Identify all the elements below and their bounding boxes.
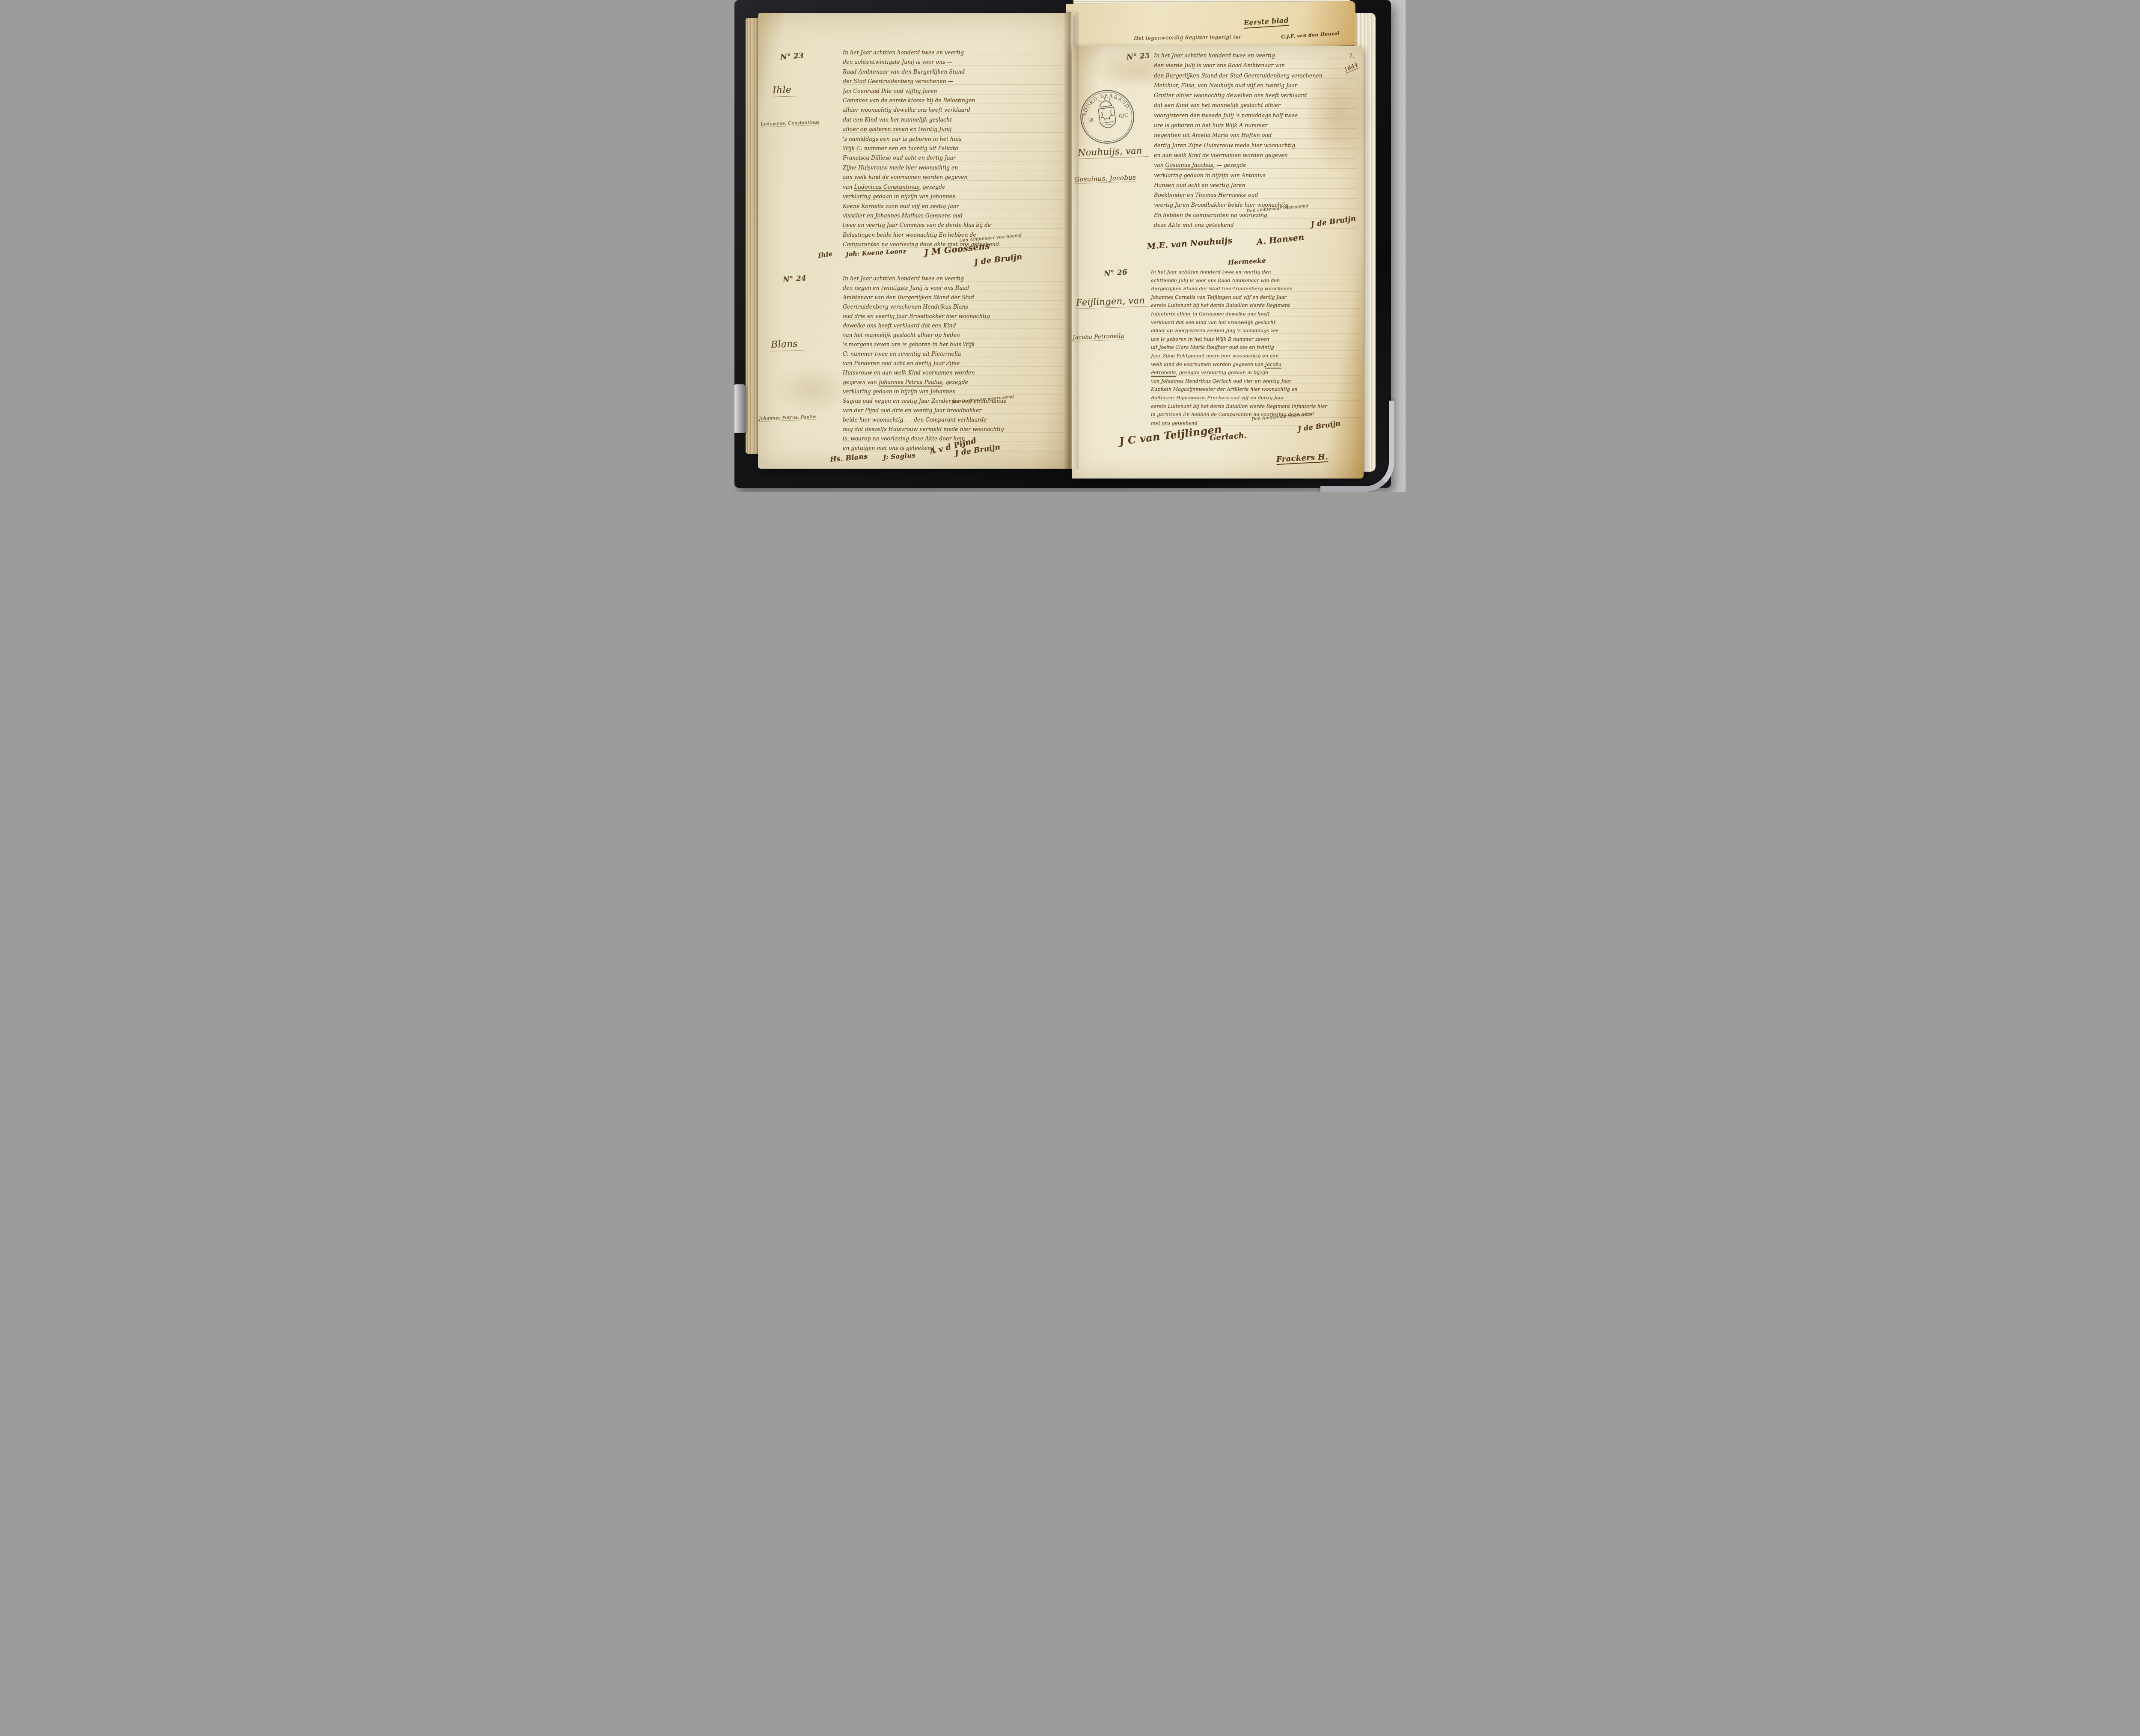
body-line: Koene Kornelis zoon oud vijf en zestig J… bbox=[843, 202, 1063, 211]
body-line: negentien uit Amelia Maria van Hoften ou… bbox=[1154, 130, 1357, 140]
entry-26-margin-name: Feijlingen, van bbox=[1075, 295, 1151, 309]
body-line: Geertruidenberg verschenen Hendrikus Bla… bbox=[843, 302, 1064, 312]
body-line: van Ludovicus Constantinus, gezegde bbox=[843, 182, 1063, 192]
body-line: welk kind de voornamen worden gegeven va… bbox=[1151, 360, 1360, 369]
entry-23-number: N° 23 bbox=[780, 51, 804, 62]
body-line: den negen en twintigste Junij is voor on… bbox=[843, 283, 1064, 293]
page-stack-left-edge bbox=[746, 18, 759, 454]
entry-26-margin-sub: Jacoba Petronella bbox=[1073, 333, 1124, 342]
body-line: verklaard dat een kind van het vrouwelij… bbox=[1151, 318, 1360, 327]
body-line: Burgerlijken Stand der Stad Geertruidenb… bbox=[1151, 285, 1360, 293]
province-stamp: NOORD-BRABAND. 38 02C bbox=[1076, 86, 1139, 149]
entry-23-signature: J de Bruijn bbox=[974, 252, 1022, 267]
body-line: In het Jaar achttien honderd twee en vee… bbox=[1151, 268, 1360, 276]
body-line: Boekbinder en Thomas Hermeeke oud bbox=[1154, 190, 1357, 200]
body-line: alhier woonachtig dewelke ons heeft verk… bbox=[843, 105, 1063, 115]
metal-clasp bbox=[734, 384, 746, 433]
body-line: Belastingen beide hier woonachtig En heb… bbox=[843, 230, 1063, 240]
body-line: In het Jaar achttien honderd twee en vee… bbox=[1154, 51, 1357, 60]
body-line: alhier op voorgisteren zestien Julij 's … bbox=[1151, 327, 1360, 335]
body-line: 's morgens zeven ure is geboren in het h… bbox=[843, 340, 1064, 349]
body-line: gegeven van Johannes Petrus Paulus, geze… bbox=[843, 378, 1064, 387]
insert-signature: C.J.F. van den Heuvel bbox=[1281, 30, 1340, 40]
body-line: den vierde Julij is voor ons Raad Ambten… bbox=[1154, 60, 1357, 70]
body-line: van Panderen oud acht en dertig Jaar Zij… bbox=[843, 359, 1064, 368]
body-line: verklaring gedaan in bijzijn van Antoniu… bbox=[1154, 170, 1357, 180]
body-line: C: nummer twee en zeventig uit Pieternel… bbox=[843, 349, 1064, 359]
body-line: beide hier woonachtig. — den Comparant v… bbox=[843, 415, 1064, 425]
body-line: Francisca Dilliese oud acht en dertig Ja… bbox=[843, 153, 1063, 163]
entry-25-signature: M.E. van Nouhuijs bbox=[1146, 236, 1233, 251]
body-line: van Johannes Hendrikus Gerlach oud vier … bbox=[1151, 377, 1360, 386]
body-line: ure is geboren in het huis Wijk A nummer bbox=[1154, 120, 1357, 130]
body-line: dertig Jaren Zijne Huisvrouw mede hier w… bbox=[1154, 140, 1357, 150]
body-line: Grutter alhier woonachtig dewelken ons h… bbox=[1154, 90, 1357, 100]
body-line: der Stad Geertruidenberg verschenen — bbox=[843, 77, 1063, 86]
body-line: verklaring gedaan in bijzijn van Johanne… bbox=[843, 387, 1064, 396]
body-line: den achtentwintigste Junij is voor ons — bbox=[843, 57, 1063, 67]
insert-page: Eerste blad Het tegenwoordig Register in… bbox=[1066, 1, 1355, 48]
body-line: aan welk kind de voornamen worden gegeve… bbox=[843, 172, 1063, 182]
entry-24-number: N° 24 bbox=[782, 274, 806, 284]
entry-25-number: N° 25 bbox=[1126, 51, 1150, 62]
body-line: Melchior, Elisa, van Nouhuijs oud vijf e… bbox=[1154, 80, 1357, 90]
body-line: Johannes Cornelis van Teijlingen oud vij… bbox=[1151, 293, 1360, 302]
stamp-right-number: 02C bbox=[1118, 112, 1129, 119]
entry-24-body: In het Jaar achttien honderd twee en vee… bbox=[843, 274, 1064, 453]
body-line: 's namiddags een uur is geboren in het h… bbox=[843, 134, 1063, 144]
entry-25-margin-sub: Gosuinus, Jacobus bbox=[1074, 173, 1136, 184]
body-line: achttiende Julij is voor ons Raad Ambten… bbox=[1151, 276, 1360, 285]
body-line: Jaar Zijne Echtgenoot mede hier woonacht… bbox=[1151, 352, 1360, 360]
body-line: ure is geboren in het huis Wijk B nummer… bbox=[1151, 335, 1360, 344]
body-line: van der Pijnd oud drie en veertig Jaar b… bbox=[843, 406, 1064, 415]
body-line: nog dat deszelfs Huisvrouw vermeld mede … bbox=[843, 425, 1064, 434]
body-line: Raad Ambtenaar van den Burgerlijken Stan… bbox=[843, 67, 1063, 77]
body-line: en aan welk Kind de voornamen worden geg… bbox=[1154, 150, 1357, 160]
body-line: voorgisteren den tweede Julij 's namidda… bbox=[1154, 110, 1357, 120]
body-line: Huisvrouw en aan welk Kind voornamen wor… bbox=[843, 368, 1064, 378]
right-page: 7. 1844 NOORD-BRABAND. 38 02C N° 25 Nouh… bbox=[1072, 46, 1364, 479]
body-line: van Gosuinus Jacobus, — gezegde bbox=[1154, 160, 1357, 170]
body-line: Ambtenaar van den Burgerlijken Stand der… bbox=[843, 293, 1064, 302]
stamp-left-number: 38 bbox=[1088, 116, 1094, 124]
body-line: In het Jaar achttien honderd twee en vee… bbox=[843, 274, 1064, 283]
entry-24-signature: J: Sagius bbox=[883, 451, 915, 461]
entry-23-signature: Joh: Koene Loonz bbox=[846, 248, 907, 258]
entry-25-signature: Hermeeke bbox=[1228, 257, 1266, 267]
entry-24-margin-name: Blans bbox=[770, 339, 804, 352]
body-line: dewelke ons heeft verklaard dat een Kind bbox=[843, 321, 1064, 330]
body-line: dat een Kind van het mannelijk geslacht … bbox=[1154, 100, 1357, 110]
body-line: Petronella, gezegde verklaring gedaan in… bbox=[1151, 369, 1360, 377]
entry-23-signature: Ihle bbox=[817, 250, 833, 260]
body-line: den Burgerlijken Stand der Stad Geertrui… bbox=[1154, 71, 1357, 80]
body-line: dat een Kind van het mannelijk geslacht bbox=[843, 115, 1063, 125]
body-line: In het Jaar achttien honderd twee en vee… bbox=[843, 48, 1063, 57]
entry-26-number: N° 26 bbox=[1103, 268, 1127, 278]
body-line: verklaring gedaan in bijzijn van Johanne… bbox=[843, 192, 1063, 201]
body-line: Wijk C: nummer een en tachtig uit Felici… bbox=[843, 144, 1063, 153]
body-line: Kapitein Magazijnmeester der Artillerie … bbox=[1151, 385, 1360, 394]
body-line: van het mannelijk geslacht alhier op hed… bbox=[843, 330, 1064, 340]
entry-23-margin-sub: Ludovicus, Constantinus bbox=[761, 120, 820, 128]
body-line: uit Josine Clara Maria Rouffaer oud zes … bbox=[1151, 343, 1360, 352]
body-line: Infanterie alhier in Garnizoen dewelke o… bbox=[1151, 310, 1360, 318]
insert-heading: Eerste blad bbox=[1243, 16, 1289, 29]
body-line: Hansen oud acht en veertig Jaren bbox=[1154, 180, 1357, 190]
entry-24-signature: Hs. Blans bbox=[829, 452, 868, 464]
entry-23-body: In het Jaar achttien honderd twee en vee… bbox=[843, 48, 1063, 250]
body-line: visscher en Johannes Mathias Goossens ou… bbox=[843, 211, 1063, 220]
body-line: oud drie en veertig Jaar Broodbakker hie… bbox=[843, 312, 1064, 321]
body-line: Jan Coenraad Ihle oud vijftig Jaren bbox=[843, 86, 1063, 96]
body-line: Commies van de eerste klasse bij de Bela… bbox=[843, 96, 1063, 105]
body-line: twee en veertig Jaar Commies van de derd… bbox=[843, 220, 1063, 230]
body-line: Zijne Huisvrouw mede hier woonachtig en bbox=[843, 163, 1063, 172]
book-spine-shadow bbox=[1063, 12, 1079, 469]
crowned-lion-shield-icon bbox=[1097, 96, 1117, 129]
body-line: alhier op gisteren zeven en twintig Juni… bbox=[843, 125, 1063, 134]
insert-intro-line: Het tegenwoordig Register ingerigt ter bbox=[1134, 34, 1241, 41]
entry-24-margin-sub: Johannes Petrus, Paulus bbox=[759, 414, 817, 422]
body-line: eerste Luitenant bij het derde Bataillon… bbox=[1151, 301, 1360, 310]
entry-25-signature: A. Hansen bbox=[1256, 232, 1305, 247]
left-page: N° 23 Ihle Ludovicus, Constantinus In he… bbox=[758, 13, 1073, 469]
entry-25-body: In het Jaar achttien honderd twee en vee… bbox=[1154, 51, 1357, 230]
metal-corner-protector bbox=[1320, 401, 1394, 492]
entry-25-margin-name: Nouhuijs, van bbox=[1077, 145, 1149, 159]
entry-23-margin-name: Ihle bbox=[772, 84, 798, 97]
register-book-scan: Eerste blad Het tegenwoordig Register in… bbox=[734, 0, 1406, 492]
